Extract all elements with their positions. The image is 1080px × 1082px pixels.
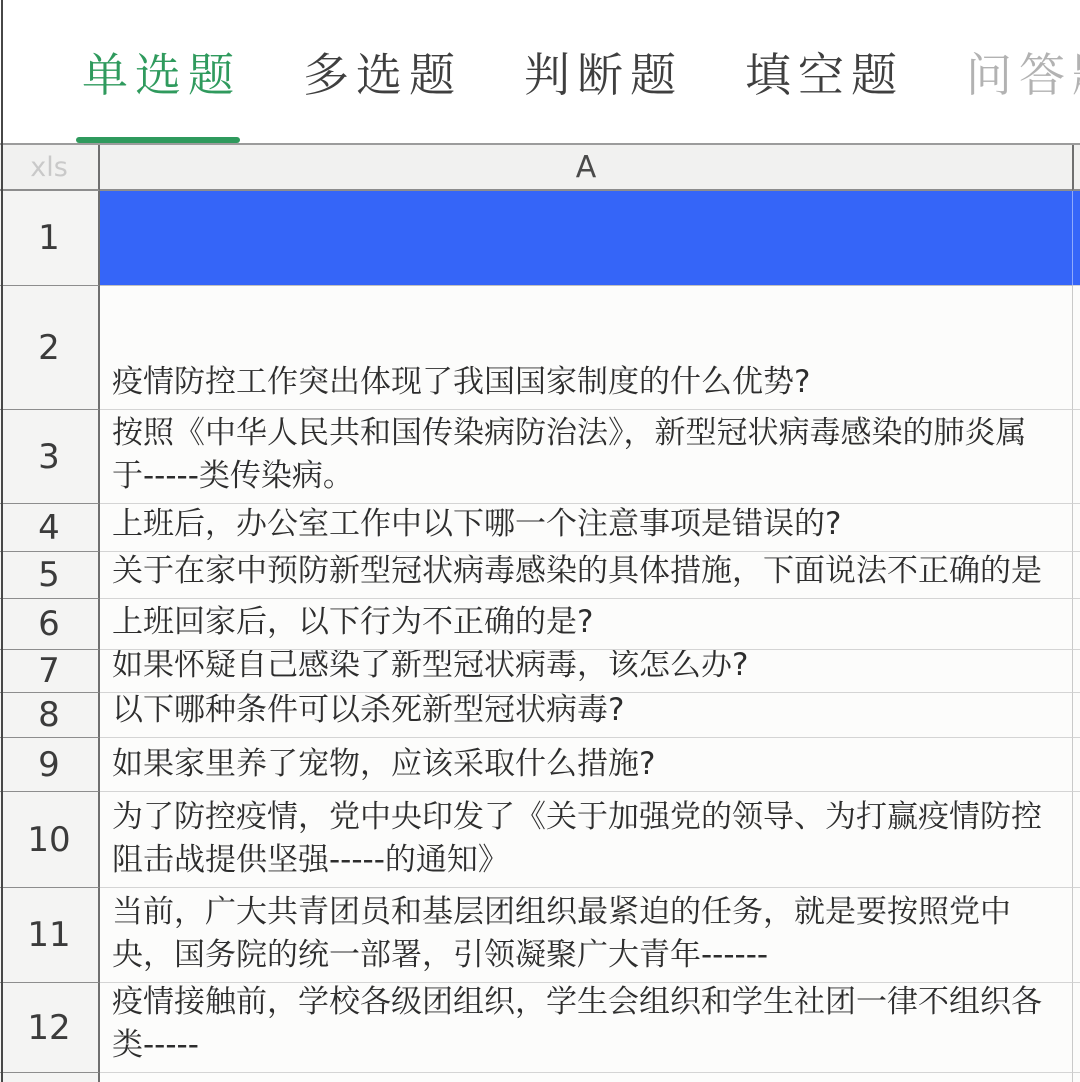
grid-header-row: xls A bbox=[0, 145, 1080, 191]
spreadsheet-grid: xls A 1 2 疫情防控工作突出体现了我国国家制度的什么优势? 3 按照《中… bbox=[0, 143, 1080, 1082]
table-row: 9 如果家里养了宠物，应该采取什么措施? bbox=[0, 738, 1080, 792]
sheet-tab-bar: 单选题 多选题 判断题 填空题 问答题 bbox=[0, 0, 1080, 143]
cell-a10[interactable]: 为了防控疫情，党中央印发了《关于加强党的领导、为打赢疫情防控阻击战提供坚强---… bbox=[100, 792, 1072, 888]
cell-a2[interactable]: 疫情防控工作突出体现了我国国家制度的什么优势? bbox=[100, 286, 1072, 410]
cell-b-sliver[interactable] bbox=[1072, 552, 1080, 599]
table-row: 8 以下哪种条件可以杀死新型冠状病毒? bbox=[0, 693, 1080, 738]
tab-label: 单选题 bbox=[82, 39, 241, 105]
table-row: 5 关于在家中预防新型冠状病毒感染的具体措施，下面说法不正确的是 bbox=[0, 552, 1080, 599]
row-number[interactable]: 3 bbox=[0, 410, 100, 504]
cell-a7[interactable]: 如果怀疑自己感染了新型冠状病毒，该怎么办? bbox=[100, 650, 1072, 693]
cell-a8[interactable]: 以下哪种条件可以杀死新型冠状病毒? bbox=[100, 693, 1072, 738]
row-number[interactable]: 10 bbox=[0, 792, 100, 888]
cell-a4[interactable]: 上班后，办公室工作中以下哪一个注意事项是错误的? bbox=[100, 504, 1072, 552]
table-row-partial bbox=[0, 1073, 1080, 1082]
cell-a13-partial[interactable] bbox=[100, 1073, 1072, 1082]
cell-b-sliver[interactable] bbox=[1072, 599, 1080, 650]
row-number[interactable]: 7 bbox=[0, 650, 100, 693]
screen-left-edge bbox=[1, 0, 3, 1082]
row-number[interactable]: 12 bbox=[0, 983, 100, 1073]
table-row: 4 上班后，办公室工作中以下哪一个注意事项是错误的? bbox=[0, 504, 1080, 552]
spreadsheet-app-screen: 单选题 多选题 判断题 填空题 问答题 xls A 1 2 疫情防控工作突出体现… bbox=[0, 0, 1080, 1082]
cell-b-sliver[interactable] bbox=[1072, 1073, 1080, 1082]
cell-a9[interactable]: 如果家里养了宠物，应该采取什么措施? bbox=[100, 738, 1072, 792]
row-number[interactable]: 11 bbox=[0, 888, 100, 983]
cell-a11[interactable]: 当前，广大共青团员和基层团组织最紧迫的任务，就是要按照党中央，国务院的统一部署，… bbox=[100, 888, 1072, 983]
tab-true-false[interactable]: 判断题 bbox=[524, 0, 683, 143]
table-row: 11 当前，广大共青团员和基层团组织最紧迫的任务，就是要按照党中央，国务院的统一… bbox=[0, 888, 1080, 983]
cell-b-sliver[interactable] bbox=[1072, 792, 1080, 888]
tab-label: 多选题 bbox=[303, 39, 462, 105]
tab-label: 问答题 bbox=[966, 39, 1080, 105]
row-number[interactable]: 1 bbox=[0, 191, 100, 286]
column-header-a[interactable]: A bbox=[100, 145, 1072, 191]
cell-a3[interactable]: 按照《中华人民共和国传染病防治法》，新型冠状病毒感染的肺炎属于-----类传染病… bbox=[100, 410, 1072, 504]
cell-b-sliver[interactable] bbox=[1072, 983, 1080, 1073]
row-number[interactable] bbox=[0, 1073, 100, 1082]
corner-xls-label: xls bbox=[0, 145, 100, 191]
row-number[interactable]: 4 bbox=[0, 504, 100, 552]
cell-b-sliver[interactable] bbox=[1072, 410, 1080, 504]
column-header-b-sliver[interactable] bbox=[1072, 145, 1080, 191]
table-row: 1 bbox=[0, 191, 1080, 286]
table-row: 12 疫情接触前，学校各级团组织，学生会组织和学生社团一律不组织各类----- bbox=[0, 983, 1080, 1073]
cell-b-sliver[interactable] bbox=[1072, 738, 1080, 792]
tab-label: 判断题 bbox=[524, 39, 683, 105]
row-number[interactable]: 6 bbox=[0, 599, 100, 650]
tab-label: 填空题 bbox=[745, 39, 904, 105]
table-row: 10 为了防控疫情，党中央印发了《关于加强党的领导、为打赢疫情防控阻击战提供坚强… bbox=[0, 792, 1080, 888]
cell-a5[interactable]: 关于在家中预防新型冠状病毒感染的具体措施，下面说法不正确的是 bbox=[100, 552, 1072, 599]
cell-a6[interactable]: 上班回家后，以下行为不正确的是? bbox=[100, 599, 1072, 650]
cell-b-sliver[interactable] bbox=[1072, 650, 1080, 693]
tab-multiple-choice[interactable]: 多选题 bbox=[303, 0, 462, 143]
cell-b-sliver[interactable] bbox=[1072, 191, 1080, 286]
table-row: 7 如果怀疑自己感染了新型冠状病毒，该怎么办? bbox=[0, 650, 1080, 693]
cell-b-sliver[interactable] bbox=[1072, 888, 1080, 983]
row-number[interactable]: 5 bbox=[0, 552, 100, 599]
table-row: 2 疫情防控工作突出体现了我国国家制度的什么优势? bbox=[0, 286, 1080, 410]
row-number[interactable]: 8 bbox=[0, 693, 100, 738]
cell-b-sliver[interactable] bbox=[1072, 693, 1080, 738]
tab-fill-blank[interactable]: 填空题 bbox=[745, 0, 904, 143]
cell-a12[interactable]: 疫情接触前，学校各级团组织，学生会组织和学生社团一律不组织各类----- bbox=[100, 983, 1072, 1073]
table-row: 3 按照《中华人民共和国传染病防治法》，新型冠状病毒感染的肺炎属于-----类传… bbox=[0, 410, 1080, 504]
row-number[interactable]: 9 bbox=[0, 738, 100, 792]
row-number[interactable]: 2 bbox=[0, 286, 100, 410]
cell-b-sliver[interactable] bbox=[1072, 504, 1080, 552]
table-row: 6 上班回家后，以下行为不正确的是? bbox=[0, 599, 1080, 650]
tab-single-choice[interactable]: 单选题 bbox=[82, 0, 241, 143]
cell-a1-selected[interactable] bbox=[100, 191, 1072, 286]
tab-qa[interactable]: 问答题 bbox=[966, 0, 1080, 143]
cell-b-sliver[interactable] bbox=[1072, 286, 1080, 410]
